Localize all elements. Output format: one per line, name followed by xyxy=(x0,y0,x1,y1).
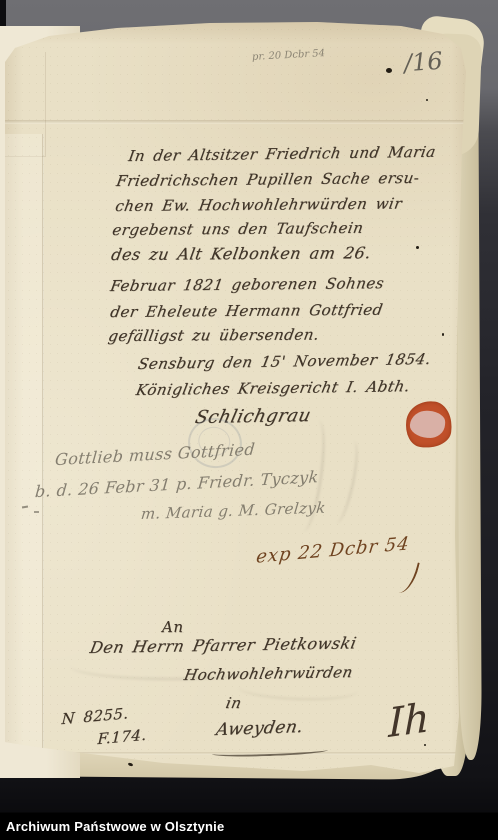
ink-speck xyxy=(442,333,444,336)
paper-crease xyxy=(5,120,477,124)
ink-speck xyxy=(386,68,392,73)
ink-speck xyxy=(424,744,426,746)
letter-line: Februar 1821 geborenen Sohnes xyxy=(109,274,386,295)
paper-fold-line xyxy=(5,52,46,157)
letter-line: des zu Alt Kelbonken am 26. xyxy=(110,243,373,264)
letter-line: gefälligst zu übersenden. xyxy=(107,326,321,345)
wax-seal-center xyxy=(409,410,446,439)
clerk-paraph: Ih xyxy=(388,695,429,747)
paper-shading xyxy=(5,134,42,750)
address-place: Aweyden. xyxy=(214,717,305,740)
archive-scan-photo: pr. 20 Dcbr 54 /16 In der Altsitzer Frie… xyxy=(0,0,498,840)
page-number: /16 xyxy=(403,47,443,78)
letter-line: ergebenst uns den Taufschein xyxy=(111,219,365,239)
pencil-tick xyxy=(34,511,39,513)
address-honorific: Hochwohlehrwürden xyxy=(182,663,354,684)
archive-caption-bar: Archiwum Państwowe w Olsztynie xyxy=(0,813,498,840)
letter-line: chen Ew. Hochwohlehrwürden wir xyxy=(114,194,404,215)
paper-fold-line xyxy=(42,134,44,750)
address-salutation: An xyxy=(162,618,184,636)
ink-speck xyxy=(416,246,419,249)
archive-name: Archiwum Państwowe w Olsztynie xyxy=(0,813,224,840)
letter-line: Friedrichschen Pupillen Sache ersu- xyxy=(115,169,421,190)
letter-line: der Eheleute Hermann Gottfried xyxy=(109,301,384,321)
ink-speck xyxy=(426,99,428,101)
